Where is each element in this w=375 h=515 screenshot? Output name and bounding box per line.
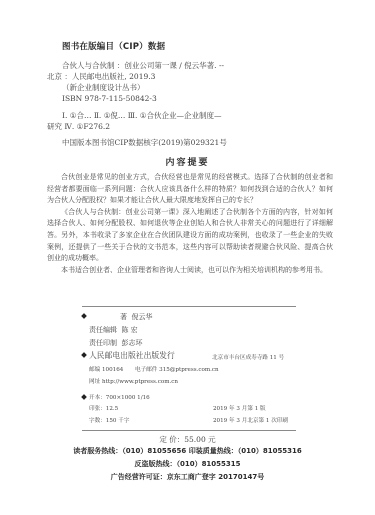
printing-date: 2019 年 3 月北京第 1 次印刷 <box>213 415 288 427</box>
cip-title: 图书在版编目（CIP）数据 <box>62 40 165 52</box>
editor-label: 责任编辑 <box>89 326 117 334</box>
printing-name: 彭志环 <box>121 339 142 347</box>
hotline-reader-service: 读者服务热线：（010）81055656 印装质量热线：（010）8105531… <box>0 446 375 456</box>
sheets: 印张：12.5 <box>89 403 118 415</box>
diamond-bullet-icon <box>81 352 87 358</box>
publisher-name-row: 人民邮电出版社出版发行 <box>82 350 175 362</box>
publisher-website: 网址 http://www.ptpress.com.cn <box>89 376 178 388</box>
printing-label: 责任印制 <box>89 339 117 347</box>
cip-classification-2: 研究 Ⅳ. ①F276.2 <box>47 121 110 132</box>
summary-paragraph-2: 《合伙人与合伙制：创业公司第一课》深入地阐述了合伙制各个方面的内容，针对如何选择… <box>47 207 333 265</box>
edition: 2019 年 3 月第 1 版 <box>213 403 266 415</box>
price: 定 价：55.00 元 <box>0 434 375 445</box>
advertising-license: 广告经营许可证：京东工商广登字 20170147号 <box>0 472 375 482</box>
word-count: 字数：150 千字 <box>89 415 129 427</box>
diamond-bullet-icon <box>81 394 87 400</box>
summary-title: 内容提要 <box>0 155 375 168</box>
divider-top <box>82 306 296 307</box>
cip-line-2: 北京 ：人民邮电出版社, 2019.3 <box>47 71 155 82</box>
divider-bottom <box>82 430 296 431</box>
format: 开本：700×1000 1/16 <box>89 395 150 401</box>
summary-paragraph-1: 合伙创业是常见的创业方式，合伙经营也是常见的经营模式。选择了合伙制的创业者和经营… <box>47 172 333 207</box>
diamond-bullet-icon <box>81 313 87 319</box>
author-label: 著 <box>89 311 127 323</box>
editor-name: 陈 宏 <box>121 326 137 334</box>
author-name: 倪云华 <box>131 313 152 321</box>
cip-line-3: （新企业制度设计丛书） <box>62 82 145 93</box>
author-row: 著 倪云华 <box>82 311 152 323</box>
cip-library-note: 中国版本图书馆CIP数据核字(2019)第029321号 <box>62 137 227 148</box>
publisher-name: 人民邮电出版社出版发行 <box>89 351 175 360</box>
cip-line-1: 合伙人与合伙制 ：创业公司第一课 / 倪云华著. -- <box>62 60 224 71</box>
editor-row: 责任编辑 陈 宏 <box>89 324 138 336</box>
cip-classification-1: Ⅰ. ①合… Ⅱ. ①倪… Ⅲ. ①合伙企业—企业制度— <box>62 110 222 121</box>
printing-row: 责任印制 彭志环 <box>89 337 142 349</box>
summary-body: 合伙创业是常见的创业方式，合伙经营也是常见的经营模式。选择了合伙制的创业者和经营… <box>47 172 333 276</box>
publisher-postcode: 邮编 100164 <box>89 364 123 376</box>
publisher-email: 电子邮件 315@ptpress.com.cn <box>135 364 219 376</box>
publisher-address: 北京市丰台区成寿寺路 11 号 <box>212 352 284 364</box>
hotline-anti-piracy: 反盗版热线：（010）81055315 <box>0 459 375 469</box>
summary-paragraph-3: 本书适合创业者、企业管理者和咨询人士阅读，也可以作为相关培训机构的参考用书。 <box>47 265 333 277</box>
cip-isbn: ISBN 978-7-115-50842-3 <box>62 93 157 104</box>
